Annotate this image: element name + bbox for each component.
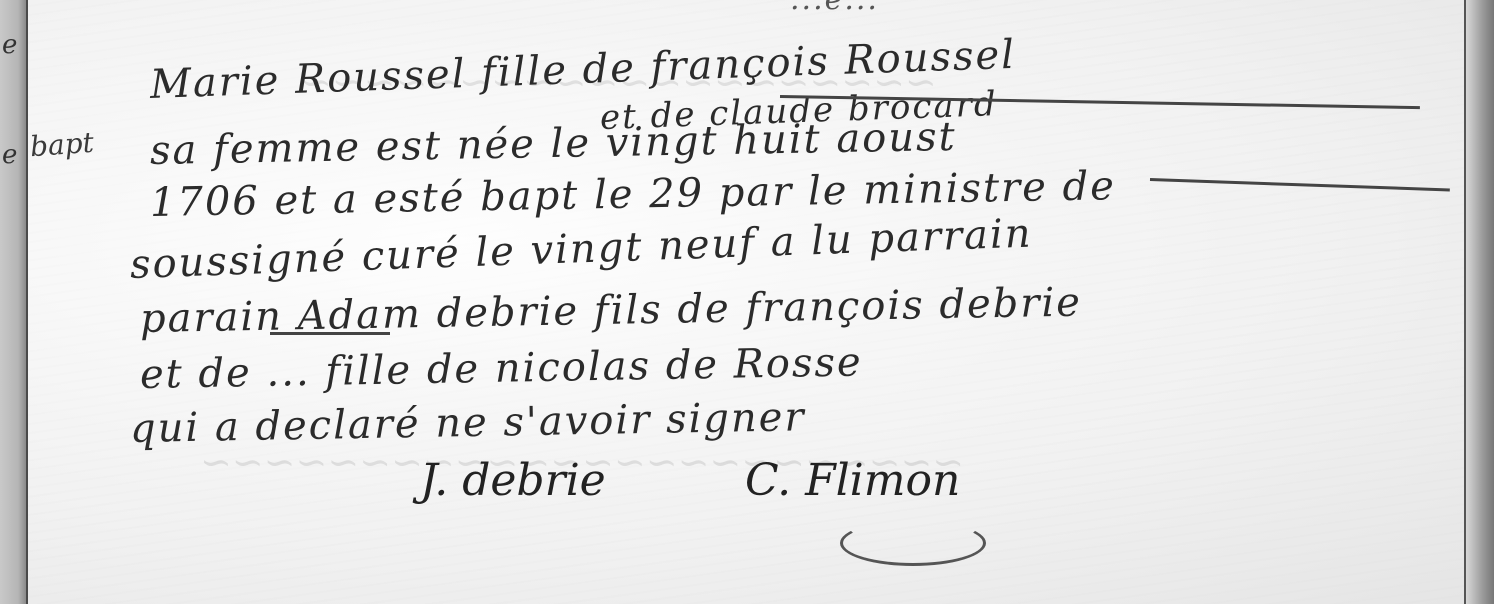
top-fragment: ...e... xyxy=(790,0,879,17)
register-line-7: et de ... fille de nicolas de Rosse xyxy=(140,339,863,398)
signature-flourish xyxy=(840,520,986,566)
line-rule xyxy=(270,332,390,335)
line-rule xyxy=(1150,178,1450,191)
left-page-edge: e e xyxy=(0,0,28,604)
margin-note-bapt: bapt xyxy=(29,126,95,163)
margin-fragment: e xyxy=(2,140,17,170)
document-scan: e e ~~~~~~~~~~~~~~~~~~~~ ~~~~~~~~~~~~~~~… xyxy=(0,0,1494,604)
signature-flimon: C. Flimon xyxy=(745,455,960,506)
register-line-3: sa femme est née le vingt huit aoust xyxy=(150,114,957,174)
right-page-edge xyxy=(1464,0,1494,604)
margin-fragment: e xyxy=(2,30,17,60)
signature-debrie: J. debrie xyxy=(420,455,606,506)
